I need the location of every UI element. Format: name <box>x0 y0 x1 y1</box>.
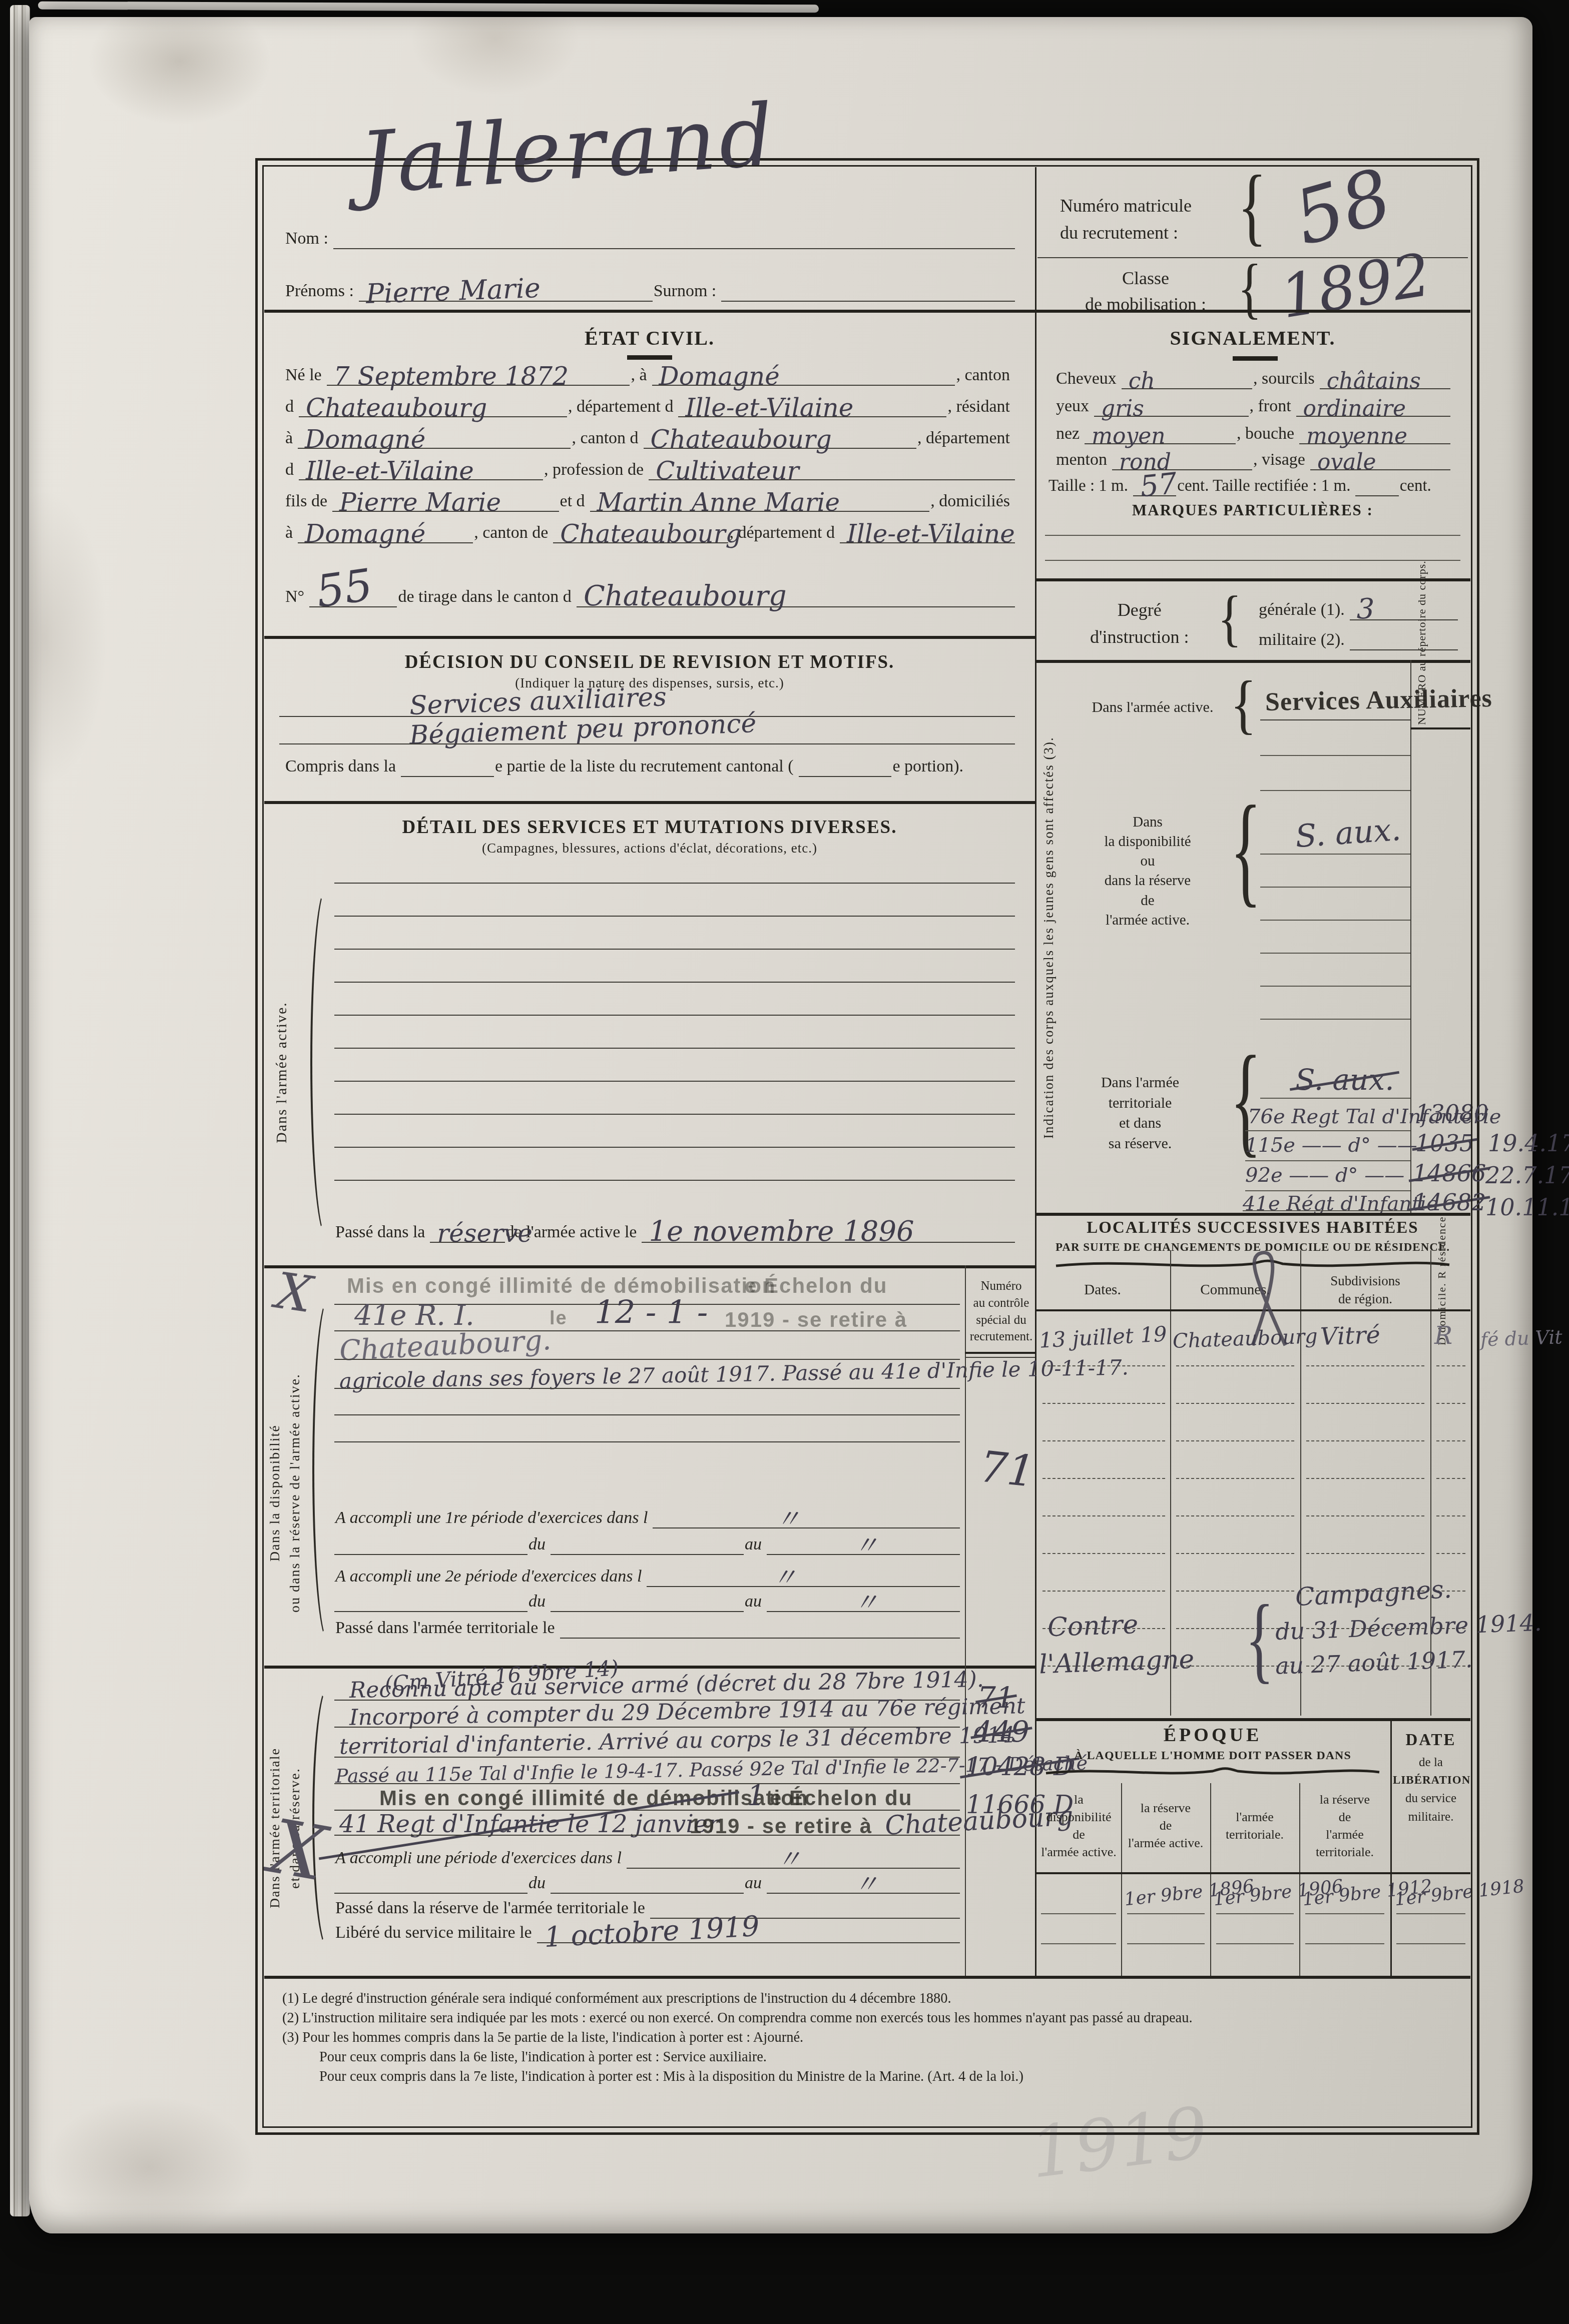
marques-line-2 <box>1045 560 1460 561</box>
localites-row-commune: Chateaubourg <box>1172 1326 1318 1351</box>
header-bottom-rule <box>264 310 1470 313</box>
pere-handwriting: Pierre Marie <box>339 490 501 515</box>
epoque-line <box>1305 1913 1384 1914</box>
bouche-line: moyenne <box>1299 420 1450 444</box>
etat-civil-row-3: à Domagné , canton d Chateaubourg , dépa… <box>284 422 1015 449</box>
militaire-row: militaire (2). <box>1258 628 1458 650</box>
nez-label: nez <box>1055 424 1085 444</box>
le-stamp: le <box>550 1308 568 1329</box>
demob-stamp-line1b: e Échelon du <box>745 1274 887 1298</box>
libere-line: 1 octobre 1919 <box>537 1912 960 1943</box>
localites-col-line-3 <box>1430 1250 1431 1716</box>
epoque-header-rule <box>1035 1872 1470 1874</box>
service-line <box>334 916 1015 917</box>
classe-label-line2: de mobilisation : <box>1085 291 1206 317</box>
disponibilite-side-label-1: Dans la disponibilité <box>267 1333 283 1653</box>
reserve-handwriting: réserve <box>437 1221 532 1246</box>
profession-handwriting: Cultivateur <box>656 458 799 483</box>
departement-line: Ille-et-Vilaine <box>678 389 946 417</box>
etat-civil-row-5: fils de Pierre Marie et d Martin Anne Ma… <box>284 485 1015 512</box>
yeux-line: gris <box>1094 393 1248 417</box>
dispo-line <box>334 1414 960 1415</box>
departement4-handwriting: Ille-et-Vilaine <box>847 521 1015 546</box>
epoque-col1-header: ladisponibilitédel'armée active. <box>1037 1791 1120 1861</box>
militaire-label: militaire (2). <box>1258 630 1350 650</box>
menton-row: menton rond , visage ovale <box>1055 447 1450 470</box>
loc-line <box>1042 1553 1165 1554</box>
sourcils-line: châtains <box>1320 365 1450 389</box>
passe-territoriale-label: Passé dans l'armée territoriale le <box>334 1619 560 1639</box>
corps-dispo-brace: { <box>1230 789 1261 912</box>
decision-line-2 <box>279 743 1015 744</box>
au-line: 〃 <box>767 1583 960 1612</box>
loc-line <box>1436 1365 1465 1366</box>
book-page-edges <box>10 5 30 2216</box>
dispo-line <box>334 1441 960 1442</box>
loc-line <box>1042 1591 1165 1592</box>
militaire-line <box>1350 627 1458 650</box>
service-line <box>334 982 1015 983</box>
corps-line <box>1260 887 1410 888</box>
du-line <box>551 1526 744 1555</box>
year-stamp: 1919 - se retire à <box>725 1308 907 1332</box>
etat-civil-row-6: à Domagné , canton de Chateaubourg , dép… <box>284 516 1015 543</box>
generale-label: générale (1). <box>1258 600 1350 620</box>
corps-line <box>1243 1210 1410 1211</box>
departement-label: , département d <box>567 397 679 417</box>
tirage-number-handwriting: 55 <box>314 563 375 614</box>
generale-handwriting: 3 <box>1357 595 1375 623</box>
fils-de-label: fils de <box>284 492 332 512</box>
accompli-1-row: A accompli une 1re période d'exercices d… <box>334 1500 960 1528</box>
taille-label-1: Taille : 1 m. <box>1048 477 1133 496</box>
etat-civil-title: ÉTAT CIVIL. <box>264 326 1035 350</box>
loc-line <box>1306 1365 1424 1366</box>
corps-line <box>1260 854 1410 855</box>
services-auxiliaires-stamp: Services Auxiliaires <box>1265 683 1493 717</box>
passe-territoriale-line <box>560 1610 960 1639</box>
ctrl-header-line: Numéro <box>967 1278 1035 1295</box>
du-au-line-0 <box>334 1526 528 1555</box>
corps-line <box>1260 986 1410 987</box>
front-line: ordinaire <box>1296 393 1450 417</box>
name-handwriting: Jallerand <box>357 93 779 207</box>
photographed-military-register-sheet: { "header": { "nom_label": "Nom :", "nom… <box>0 0 1569 2324</box>
nez-handwriting: moyen <box>1092 425 1165 447</box>
corps-line <box>1245 1160 1410 1161</box>
prenoms-line: Pierre Marie <box>359 269 653 302</box>
loc-line <box>1306 1440 1424 1441</box>
territorial-handwriting: territorial d'infanterie. Arrivé au corp… <box>339 1724 1015 1758</box>
loc-line <box>1436 1553 1465 1554</box>
numero-header-rest: au répertoire du corps. <box>1415 560 1428 671</box>
loc-line <box>1042 1478 1165 1479</box>
detail-bottom-rule <box>264 1265 1035 1268</box>
visage-handwriting: ovale <box>1317 451 1376 473</box>
registration-form: Jallerand Nom : Prénoms : Pierre Marie S… <box>264 167 1470 2126</box>
menton-line: rond <box>1112 446 1252 470</box>
campagnes-title: Campagnes. <box>1295 1577 1452 1610</box>
canton3-line: Chateaubourg <box>553 515 728 543</box>
epoque-col-line-2 <box>1210 1783 1211 1976</box>
matricule-brace: { <box>1238 163 1267 250</box>
localites-row-margin-note: fé du Vit <box>1480 1327 1562 1349</box>
agricole-handwriting: agricole dans ses foyers le 27 août 1917… <box>339 1357 1129 1392</box>
generale-line: 3 <box>1350 597 1458 620</box>
epoque-line <box>1127 1913 1205 1914</box>
corps-terr-label-line: territoriale <box>1055 1093 1225 1114</box>
loc-line <box>1176 1440 1294 1441</box>
cheveux-row: Cheveux ch , sourcils châtains <box>1055 366 1450 389</box>
epoque-line <box>1396 1943 1465 1944</box>
footnote-3: (3) Pour les hommes compris dans la 5e p… <box>282 2030 803 2046</box>
campagnes-allemagne: l'Allemagne <box>1038 1647 1195 1678</box>
domicilies-label: , domiciliés <box>929 492 1015 512</box>
ctrl-header-rule <box>965 1352 1035 1354</box>
prenoms-label: Prénoms : <box>284 282 359 302</box>
de-label: d <box>284 397 299 417</box>
birthdate-handwriting: 7 Septembre 1872 <box>334 364 569 389</box>
profession-label: , profession de <box>543 460 649 480</box>
campagnes-date-1: du 31 Décembre 1914. <box>1275 1611 1542 1644</box>
mere-line: Martin Anne Marie <box>590 484 930 512</box>
corps-side-label: Indication des corps auxquels les jeunes… <box>1041 672 1057 1203</box>
loc-line <box>1436 1403 1465 1404</box>
accompli-1-line: 〃 <box>653 1499 960 1528</box>
taille-line-1: 57 <box>1133 472 1176 496</box>
canton3-handwriting: Chateaubourg <box>560 521 741 546</box>
corps-line <box>1260 1098 1410 1099</box>
departement4-line: Ille-et-Vilaine <box>840 515 1015 543</box>
unit-handwriting: 41e R. I. <box>354 1302 474 1330</box>
au-line: 〃 <box>767 1526 960 1555</box>
epoque-col3-header: l'arméeterritoriale. <box>1212 1808 1298 1843</box>
document-page: Jallerand Nom : Prénoms : Pierre Marie S… <box>29 17 1532 2233</box>
libere-date-handwriting: 1 octobre 1919 <box>544 1913 760 1952</box>
ctrl-number-handwriting: 71 <box>978 1445 1037 1494</box>
epoque-line <box>1041 1913 1116 1914</box>
detail-subtitle: (Campagnes, blessures, actions d'éclat, … <box>264 841 1035 856</box>
departement-handwriting: Ille-et-Vilaine <box>685 395 853 420</box>
corps-active-label: Dans l'armée active. <box>1075 697 1230 718</box>
x-mark-1: X <box>273 1266 315 1320</box>
passe-date-handwriting: 1e novembre 1896 <box>649 1218 914 1246</box>
prenoms-handwriting: Pierre Marie <box>365 275 541 308</box>
service-line <box>334 883 1015 884</box>
epoque-col-line-3 <box>1299 1783 1300 1976</box>
margin-date-1: 19.4.17 <box>1488 1132 1569 1155</box>
signalement-title: SIGNALEMENT. <box>1035 326 1470 350</box>
canton2-handwriting: Chateaubourg <box>651 427 832 452</box>
loc-line <box>1176 1515 1294 1516</box>
menton-label: menton <box>1055 450 1112 470</box>
ctrl-header-rule-2 <box>965 1357 1035 1358</box>
campagnes-contre: Contre <box>1047 1612 1139 1641</box>
footnotes-top-rule <box>264 1976 1470 1979</box>
a3-label: à <box>284 523 298 543</box>
corps-terr-label-line: sa réserve. <box>1055 1134 1225 1154</box>
ghost-ink-bleed: 1919 <box>1026 2098 1212 2189</box>
passe-reserve-row: Passé dans la réserve de l'armée active … <box>334 1213 1015 1243</box>
campagnes-brace: { <box>1245 1591 1274 1687</box>
loc-line <box>1042 1365 1165 1366</box>
footnote-1: (1) Le degré d'instruction générale sera… <box>282 1991 951 2007</box>
epoque-line <box>1127 1943 1205 1944</box>
residant-label: , résidant <box>946 397 1015 417</box>
yeux-handwriting: gris <box>1101 398 1144 420</box>
tirage-canton-handwriting: Chateaubourg <box>584 582 787 610</box>
disponibilite-side-label-2: ou dans la réserve de l'armée active. <box>287 1318 303 1668</box>
corps-active-brace: { <box>1230 671 1257 737</box>
regiment-41-handwriting: 41 Regt d'Infantie le 12 janvier <box>339 1812 719 1836</box>
domicile-handwriting: Domagné <box>305 521 425 546</box>
echelon-stamp-2: e Échelon du <box>770 1786 912 1810</box>
compris-line-2 <box>799 754 892 777</box>
corps-line <box>1260 719 1410 720</box>
ctrl-header-line: recrutement. <box>967 1328 1035 1345</box>
corps-terr-label-line: et dans <box>1055 1113 1225 1134</box>
corps-line <box>1260 790 1410 791</box>
corps-row-1-num: 13080 <box>1415 1102 1488 1125</box>
margin-number-2: 449 <box>974 1717 1029 1746</box>
loc-line <box>1176 1553 1294 1554</box>
corps-dispo-label-line: dans la réserve <box>1065 871 1230 891</box>
du-label: du <box>528 1592 551 1612</box>
loc-line <box>1436 1478 1465 1479</box>
canton3-label: , canton de <box>473 523 553 543</box>
matricule-label-line1: Numéro matricule <box>1060 192 1192 219</box>
localites-row-subdivision: Vitré <box>1320 1323 1380 1349</box>
armee-active-side-label: Dans l'armée active. <box>273 918 290 1228</box>
etat-civil-row-4: d Ille-et-Vilaine , profession de Cultiv… <box>284 453 1015 480</box>
dispo-line <box>334 1388 960 1389</box>
departement2-label: , département <box>916 429 1015 449</box>
a2-label: à <box>284 429 298 449</box>
sourcils-label: , sourcils <box>1252 369 1320 389</box>
matricule-label: Numéro matricule du recrutement : <box>1060 192 1192 246</box>
passe-line-2: 1e novembre 1896 <box>642 1212 1015 1243</box>
corps-terr-label: Dans l'armée territoriale et dans sa rés… <box>1055 1073 1225 1154</box>
corps-dispo-label-line: l'armée active. <box>1065 911 1230 930</box>
compris-label-1: Compris dans la <box>284 757 401 777</box>
ctrl-header-line: spécial du <box>967 1312 1035 1329</box>
tirage-text-label: de tirage dans le canton d <box>397 587 576 607</box>
corps-row-4-num: 14682 <box>1413 1191 1486 1214</box>
degre-label: Degré d'instruction : <box>1090 596 1189 650</box>
nez-line: moyen <box>1085 420 1236 444</box>
echelon-number-handwriting: 1 <box>747 1782 765 1810</box>
loc-line <box>1306 1403 1424 1404</box>
corps-row-3-unit: 92e —— d° —— <box>1245 1165 1404 1185</box>
corps-row-3-num: 14866 <box>1413 1162 1486 1185</box>
compris-row: Compris dans la e partie de la liste du … <box>284 755 1015 777</box>
epoque-title: ÉPOQUE <box>1035 1724 1390 1746</box>
au-label: au <box>744 1592 767 1612</box>
corps-line <box>1260 755 1410 756</box>
ditto-mark: 〃 <box>854 1533 879 1558</box>
epoque-date-header: DATE de la LIBÉRATION du service militai… <box>1393 1728 1469 1827</box>
epoque-line <box>1216 1913 1294 1914</box>
s-aux-handwriting: S. aux. <box>1294 814 1402 853</box>
loc-line <box>1176 1591 1294 1592</box>
tirage-row: N° 55 de tirage dans le canton d Chateau… <box>284 572 1015 607</box>
classe-label-line1: Classe <box>1085 265 1206 291</box>
ctrl-column-left-border <box>965 1265 966 1976</box>
epoque-line <box>1305 1943 1384 1944</box>
ne-le-line: 7 Septembre 1872 <box>327 358 630 386</box>
nom-label: Nom : <box>284 229 333 249</box>
epoque-line <box>1216 1943 1294 1944</box>
tirage-bottom-rule <box>264 636 1035 639</box>
loc-line <box>1306 1478 1424 1479</box>
de2-label: d <box>284 460 299 480</box>
passe-territoriale-row: Passé dans l'armée territoriale le <box>334 1611 960 1639</box>
generale-row: générale (1). 3 <box>1258 598 1458 620</box>
departement3-line: Ille-et-Vilaine <box>299 452 543 480</box>
margin-date-2: 22.7.17 <box>1485 1164 1569 1187</box>
corps-line <box>1245 1190 1410 1191</box>
page-top-edge <box>38 2 819 13</box>
signalement-dash <box>1233 356 1278 361</box>
tirage-no-label: N° <box>284 587 309 607</box>
compris-line-1 <box>401 754 494 777</box>
corps-row-2-unit: 115e —— d° —— <box>1245 1135 1417 1155</box>
decision-bottom-rule <box>264 801 1035 804</box>
localites-row-dr: R <box>1434 1324 1452 1348</box>
front-handwriting: ordinaire <box>1303 398 1406 420</box>
yeux-row: yeux gris , front ordinaire <box>1055 394 1450 417</box>
canton2-line: Chateaubourg <box>644 421 916 449</box>
cheveux-handwriting: ch <box>1129 370 1155 392</box>
a-label: , à <box>630 366 652 386</box>
libere-row: Libéré du service militaire le 1 octobre… <box>334 1913 960 1943</box>
compris-label-2: e partie de la liste du recrutement cant… <box>494 757 799 777</box>
epoque-col-line-1 <box>1121 1783 1122 1976</box>
loc-line <box>1306 1553 1424 1554</box>
service-line <box>334 1114 1015 1115</box>
epoque-top-rule <box>1035 1718 1470 1721</box>
bouche-handwriting: moyenne <box>1306 425 1407 447</box>
visage-line: ovale <box>1310 446 1450 470</box>
passe-line-1: réserve <box>430 1212 504 1243</box>
canton-label: , canton <box>955 366 1015 386</box>
loc-line <box>1176 1365 1294 1366</box>
loc-line <box>1042 1515 1165 1516</box>
service-line <box>334 1147 1015 1148</box>
passe-label-1: Passé dans la <box>334 1223 430 1243</box>
du-au-1-row: du au 〃 <box>334 1527 960 1555</box>
ctrl-header-line: au contrôle <box>967 1295 1035 1312</box>
loc-line <box>1042 1440 1165 1441</box>
departement3-handwriting: Ille-et-Vilaine <box>306 458 474 483</box>
cheveux-line: ch <box>1122 365 1252 389</box>
accompli-1-label: A accompli une 1re période d'exercices d… <box>334 1508 653 1528</box>
margin-date-3: 10.11.17 <box>1485 1196 1569 1219</box>
footnote-2: (2) L'instruction militaire sera indiqué… <box>282 2010 1193 2026</box>
localites-row-date: 13 juillet 19 <box>1038 1323 1168 1351</box>
loc-line <box>1042 1403 1165 1404</box>
degre-label-line2: d'instruction : <box>1090 623 1189 650</box>
tirage-canton-line: Chateaubourg <box>577 571 1015 607</box>
du-au-line-0 <box>334 1583 528 1612</box>
surnom-line <box>721 269 1015 302</box>
degre-brace: { <box>1218 587 1242 650</box>
nom-row: Nom : <box>284 217 1015 249</box>
corps-line <box>1260 953 1410 954</box>
du-line <box>551 1583 744 1612</box>
campagnes-date-2: au 27 août 1917. <box>1275 1648 1473 1678</box>
dr-line2: R résidence. <box>1435 1212 1448 1279</box>
sourcils-handwriting: châtains <box>1327 370 1421 392</box>
decision-title: DÉCISION DU CONSEIL DE REVISION ET MOTIF… <box>264 651 1035 673</box>
pere-line: Pierre Marie <box>332 484 559 512</box>
localites-top-rule <box>1035 1213 1470 1216</box>
corps-dispo-label-line: de <box>1065 891 1230 911</box>
residence-line: Domagné <box>298 421 571 449</box>
service-line <box>334 1048 1015 1049</box>
epoque-subtitle: À LAQUELLE L'HOMME DOIT PASSER DANS <box>1035 1749 1390 1763</box>
domicile-line: Domagné <box>298 515 473 543</box>
margin-number-1: 71 <box>977 1683 1014 1712</box>
front-label: , front <box>1249 397 1296 417</box>
epoque-date-col-border <box>1390 1718 1392 1976</box>
matricule-value: 58 <box>1287 159 1399 257</box>
tirage-no-line: 55 <box>309 571 397 607</box>
cheveux-label: Cheveux <box>1055 369 1122 389</box>
loc-line <box>1176 1478 1294 1479</box>
terr-line <box>334 1835 960 1836</box>
service-line <box>334 1081 1015 1082</box>
taille-label-2: cent. Taille rectifiée : 1 m. <box>1176 477 1355 496</box>
corps-line <box>1260 1019 1410 1020</box>
yeux-label: yeux <box>1055 397 1094 417</box>
corps-terr-label-line: Dans l'armée <box>1055 1073 1225 1093</box>
footnote-5: Pour ceux compris dans la 7e liste, l'in… <box>319 2069 1023 2085</box>
armee-active-brace <box>310 888 342 1237</box>
residence-handwriting: Domagné <box>305 427 425 452</box>
corps-line <box>1245 1130 1410 1131</box>
corps-dispo-label: Dans la disponibilité ou dans la réserve… <box>1065 813 1230 930</box>
du-au-line-0 <box>334 1865 528 1894</box>
degre-bottom-rule <box>1035 660 1470 663</box>
nez-row: nez moyen , bouche moyenne <box>1055 421 1450 444</box>
epoque-col2-header: la réservedel'armée active. <box>1123 1799 1209 1852</box>
loc-line <box>1436 1515 1465 1516</box>
corps-row-0-unit: S. aux. <box>1295 1065 1394 1094</box>
detail-title: DÉTAIL DES SERVICES ET MUTATIONS DIVERSE… <box>264 817 1035 838</box>
prenoms-row: Prénoms : Pierre Marie Surnom : <box>284 270 1015 302</box>
etat-civil-row-2: d Chateaubourg , département d Ille-et-V… <box>284 390 1015 417</box>
corps-dispo-label-line: ou <box>1065 852 1230 871</box>
birthplace-line: Domagné <box>652 358 955 386</box>
footnote-4: Pour ceux compris dans la 6e liste, l'in… <box>319 2049 767 2065</box>
loc-line <box>1176 1403 1294 1404</box>
corps-line <box>1260 920 1410 921</box>
marques-line-1 <box>1045 535 1460 536</box>
et-de-label: et d <box>559 492 590 512</box>
profession-line: Cultivateur <box>649 452 1015 480</box>
corps-numero-header-rule <box>1410 727 1470 729</box>
surnom-label: Surnom : <box>653 282 722 302</box>
ne-le-label: Né le <box>284 366 327 386</box>
loc-line <box>1306 1515 1424 1516</box>
corps-numero-column-border <box>1410 660 1411 1213</box>
demob-stamp-line1: Mis en congé illimité de démobilisation <box>347 1274 776 1298</box>
service-line <box>334 1180 1015 1181</box>
degre-label-line1: Degré <box>1090 596 1189 623</box>
epoque-swash <box>1045 1766 1380 1778</box>
corps-dispo-label-line: Dans <box>1065 813 1230 832</box>
